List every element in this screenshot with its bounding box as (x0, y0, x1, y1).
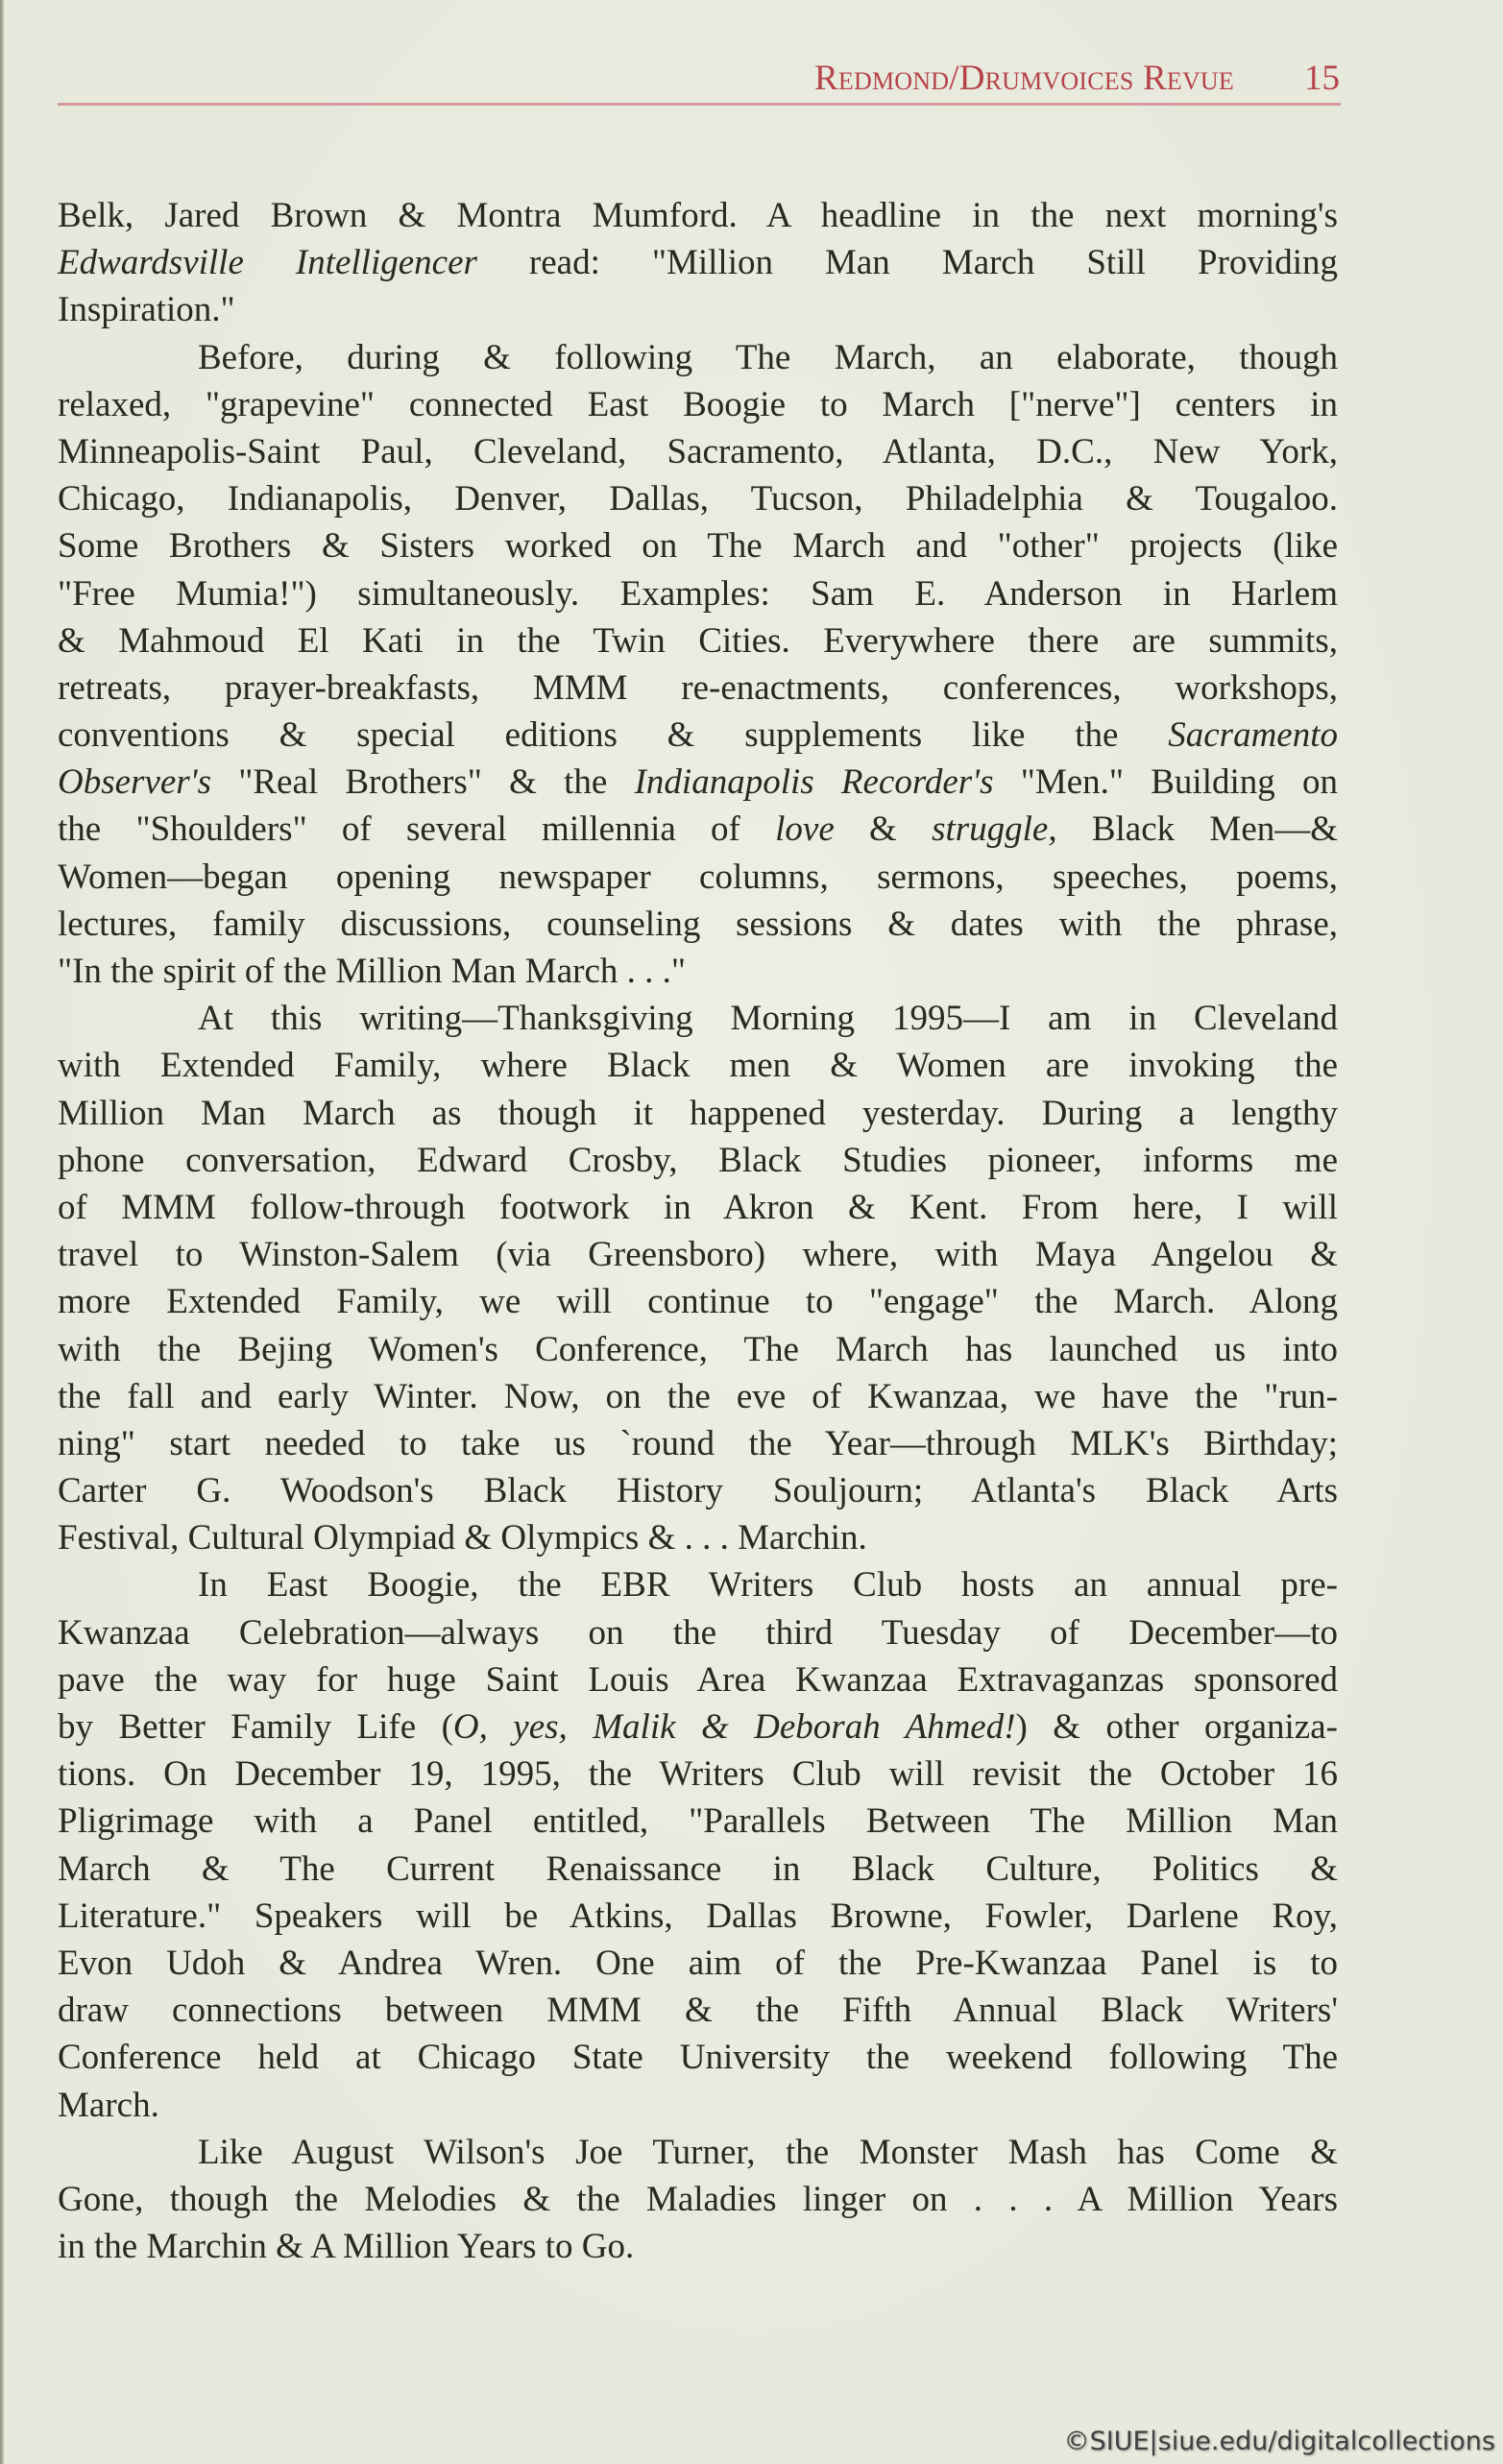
text-line: Inspiration." (58, 286, 1338, 333)
text-line: with the Bejing Women's Conference, The … (58, 1326, 1338, 1373)
text-line: Chicago, Indianapolis, Denver, Dallas, T… (58, 475, 1338, 522)
paragraph-start-line: Like August Wilson's Joe Turner, the Mon… (58, 2129, 1338, 2176)
article-body: Belk, Jared Brown & Montra Mumford. A he… (58, 192, 1338, 2270)
text-line: ning" start needed to take us `round the… (58, 1420, 1338, 1467)
text-line: Pligrimage with a Panel entitled, "Paral… (58, 1798, 1338, 1845)
text-line: with Extended Family, where Black men & … (58, 1042, 1338, 1089)
text-line: Minneapolis-Saint Paul, Cleveland, Sacra… (58, 428, 1338, 475)
text-line: Observer's "Real Brothers" & the Indiana… (58, 759, 1338, 806)
text-line: March. (58, 2082, 1338, 2129)
text-line: draw connections between MMM & the Fifth… (58, 1987, 1338, 2034)
running-head: Redmond/Drumvoices Revue 15 (58, 56, 1340, 104)
page-edge (0, 0, 4, 2464)
emphasis: love (775, 809, 835, 849)
text-line: pave the way for huge Saint Louis Area K… (58, 1656, 1338, 1703)
text-line: the fall and early Winter. Now, on the e… (58, 1373, 1338, 1420)
text-line: Gone, though the Melodies & the Maladies… (58, 2176, 1338, 2223)
text-line: relaxed, "grapevine" connected East Boog… (58, 381, 1338, 428)
newspaper-title: Observer's (58, 762, 211, 802)
text-line: Festival, Cultural Olympiad & Olympics &… (58, 1514, 1338, 1561)
newspaper-title: Sacramento (1168, 715, 1338, 755)
copyright-watermark: ©SIUE|siue.edu/digitalcollections (1064, 2427, 1495, 2456)
text-line: Kwanzaa Celebration—always on the third … (58, 1609, 1338, 1656)
text-line: Conference held at Chicago State Univers… (58, 2034, 1338, 2081)
header-rule (58, 103, 1341, 106)
text-line: phone conversation, Edward Crosby, Black… (58, 1137, 1338, 1184)
text-line: lectures, family discussions, counseling… (58, 901, 1338, 948)
text-line: Million Man March as though it happened … (58, 1090, 1338, 1137)
paragraph-start-line: In East Boogie, the EBR Writers Club hos… (58, 1561, 1338, 1608)
text-line: by Better Family Life (O, yes, Malik & D… (58, 1703, 1338, 1751)
text-line: Literature." Speakers will be Atkins, Da… (58, 1893, 1338, 1940)
text-line: Some Brothers & Sisters worked on The Ma… (58, 522, 1338, 569)
text-line: Evon Udoh & Andrea Wren. One aim of the … (58, 1940, 1338, 1987)
text-line: travel to Winston-Salem (via Greensboro)… (58, 1231, 1338, 1278)
text-line: retreats, prayer-breakfasts, MMM re-enac… (58, 664, 1338, 712)
text-line: Belk, Jared Brown & Montra Mumford. A he… (58, 192, 1338, 239)
text-line: "Free Mumia!") simultaneously. Examples:… (58, 570, 1338, 617)
text-line: Women—began opening newspaper columns, s… (58, 854, 1338, 901)
text-line: more Extended Family, we will continue t… (58, 1278, 1338, 1325)
emphasis: struggle, (932, 809, 1057, 849)
text-line: Carter G. Woodson's Black History Souljo… (58, 1467, 1338, 1514)
text-line: of MMM follow-through footwork in Akron … (58, 1184, 1338, 1231)
newspaper-title: Indianapolis Recorder's (635, 762, 994, 802)
text-line: Edwardsville Intelligencer read: "Millio… (58, 239, 1338, 286)
paragraph-start-line: At this writing—Thanksgiving Morning 199… (58, 995, 1338, 1042)
page-number: 15 (1304, 58, 1340, 99)
text-line: March & The Current Renaissance in Black… (58, 1846, 1338, 1893)
paragraph-start-line: Before, during & following The March, an… (58, 334, 1338, 381)
text-line: & Mahmoud El Kati in the Twin Cities. Ev… (58, 617, 1338, 664)
text-line: the "Shoulders" of several millennia of … (58, 806, 1338, 853)
text-line: conventions & special editions & supplem… (58, 712, 1338, 759)
emphasis: O, yes, Malik & Deborah Ahmed! (453, 1707, 1016, 1747)
text-line: tions. On December 19, 1995, the Writers… (58, 1751, 1338, 1798)
newspaper-title: Edwardsville Intelligencer (58, 243, 477, 282)
running-title: Redmond/Drumvoices Revue (814, 58, 1234, 99)
text-line: "In the spirit of the Million Man March … (58, 948, 1338, 995)
text-line: in the Marchin & A Million Years to Go. (58, 2223, 1338, 2270)
